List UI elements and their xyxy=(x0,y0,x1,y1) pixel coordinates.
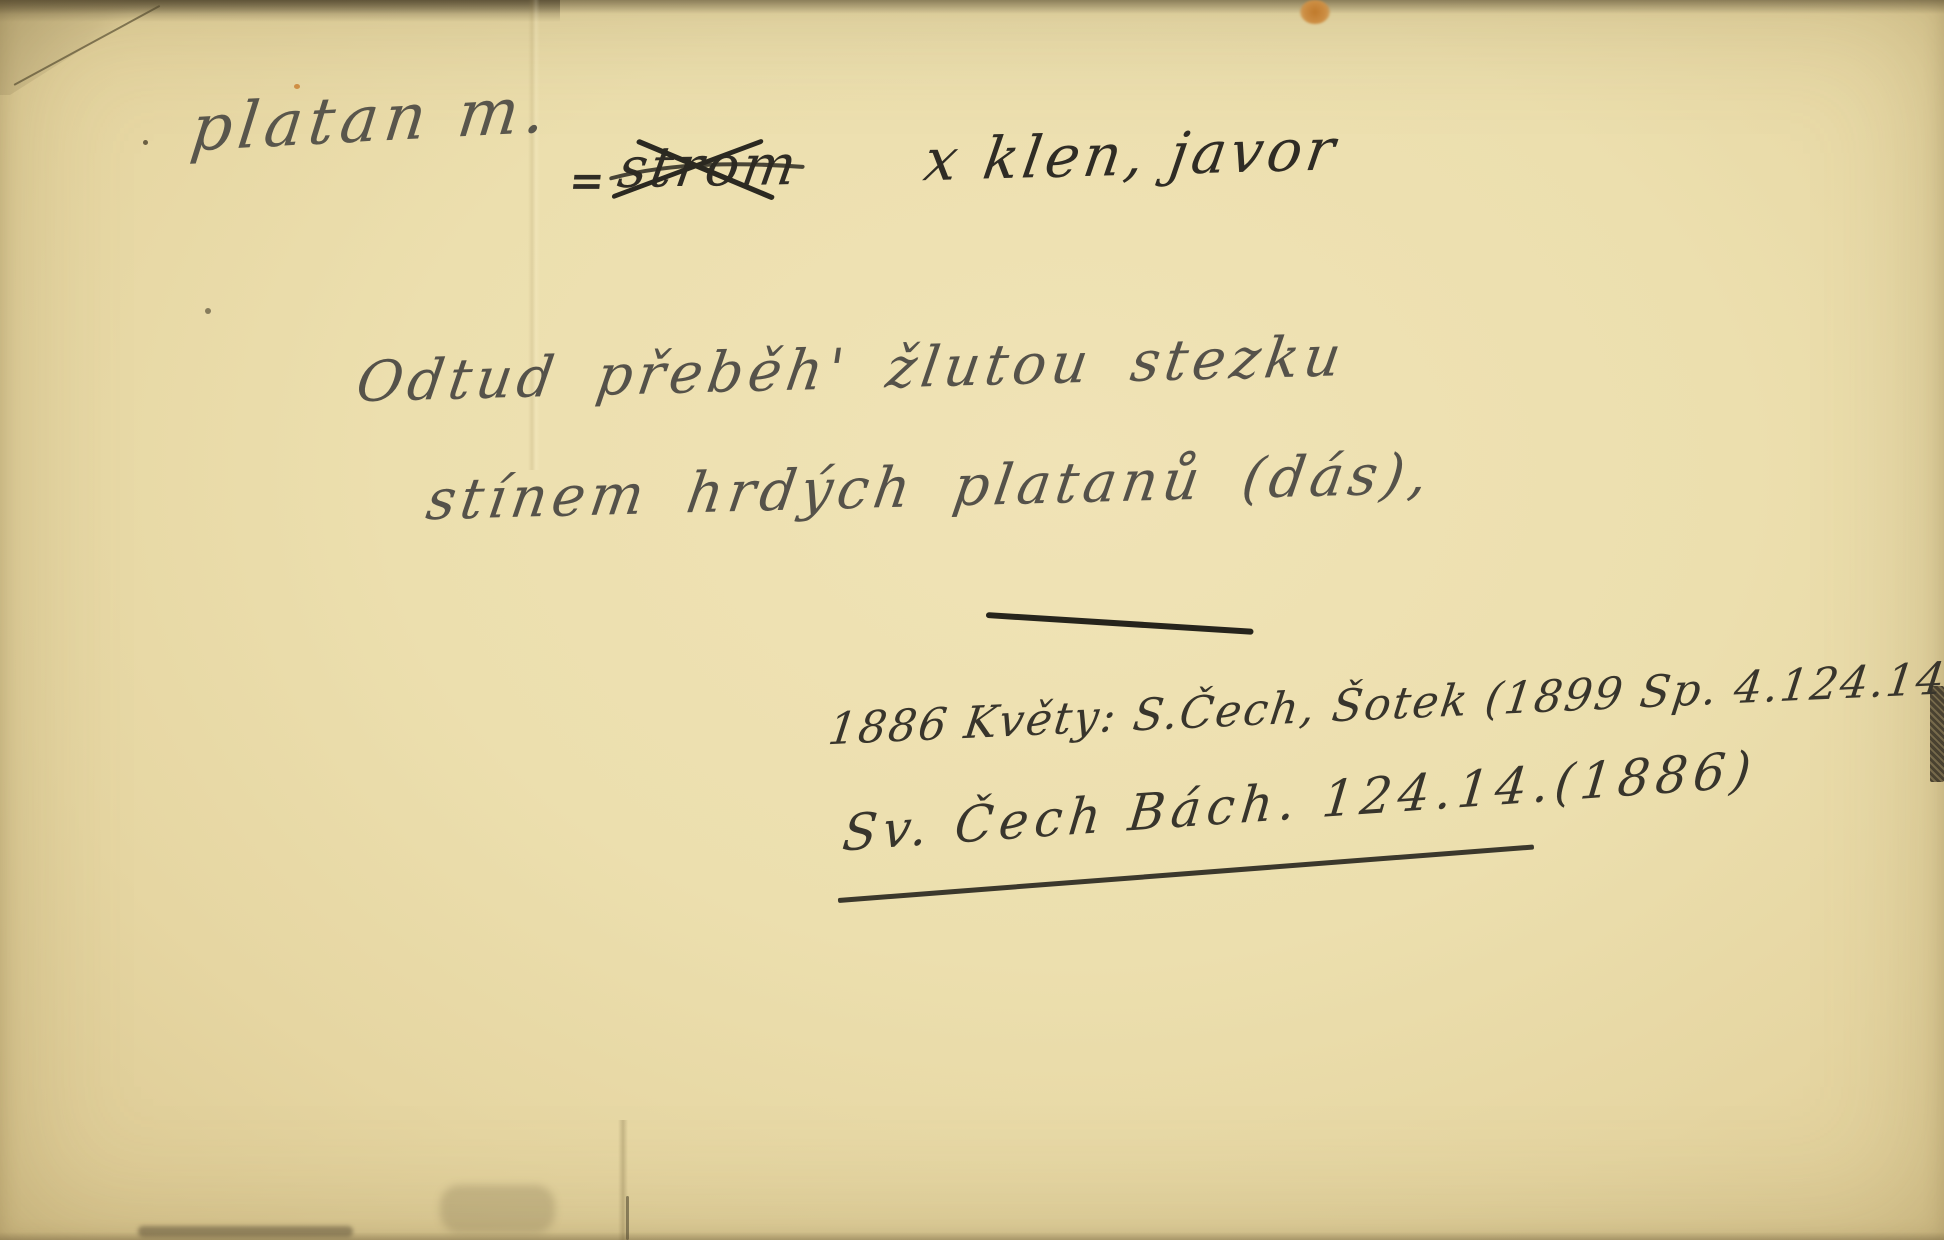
citation-struck: Sv. Čech Bách. 124.14.(1886) xyxy=(840,740,1760,862)
ink-underline xyxy=(986,612,1254,635)
rust-stain xyxy=(1300,0,1330,24)
excerpt-slip-page: platan m. = strom x klen, javor Odtud př… xyxy=(0,0,1944,1240)
paper-speck xyxy=(143,140,148,145)
headword: platan m. xyxy=(187,73,556,166)
bottom-center-smudge xyxy=(440,1185,555,1233)
equals-sign: = xyxy=(567,156,607,205)
verse-line-2: stínem hrdých platanů (dás), xyxy=(422,442,1437,534)
synonyms-text: x klen, javor xyxy=(920,115,1343,194)
verse-line-2-suffix: (dás), xyxy=(1199,442,1437,513)
paper-speck xyxy=(205,308,211,314)
verse-line-2-prefix: stínem hrdých xyxy=(422,454,958,533)
struck-synonym: strom xyxy=(614,133,804,201)
verse-line-2-underlined-word: platanů xyxy=(949,448,1209,520)
citation-primary: 1886 Květy: S.Čech, Šotek (1899 Sp. 4.12… xyxy=(825,652,1944,756)
struck-synonym-text: strom xyxy=(614,133,804,201)
verse-line-1: Odtud přeběh' žlutou stezku xyxy=(352,324,1350,415)
bottom-edge-shadow xyxy=(0,1232,1944,1240)
